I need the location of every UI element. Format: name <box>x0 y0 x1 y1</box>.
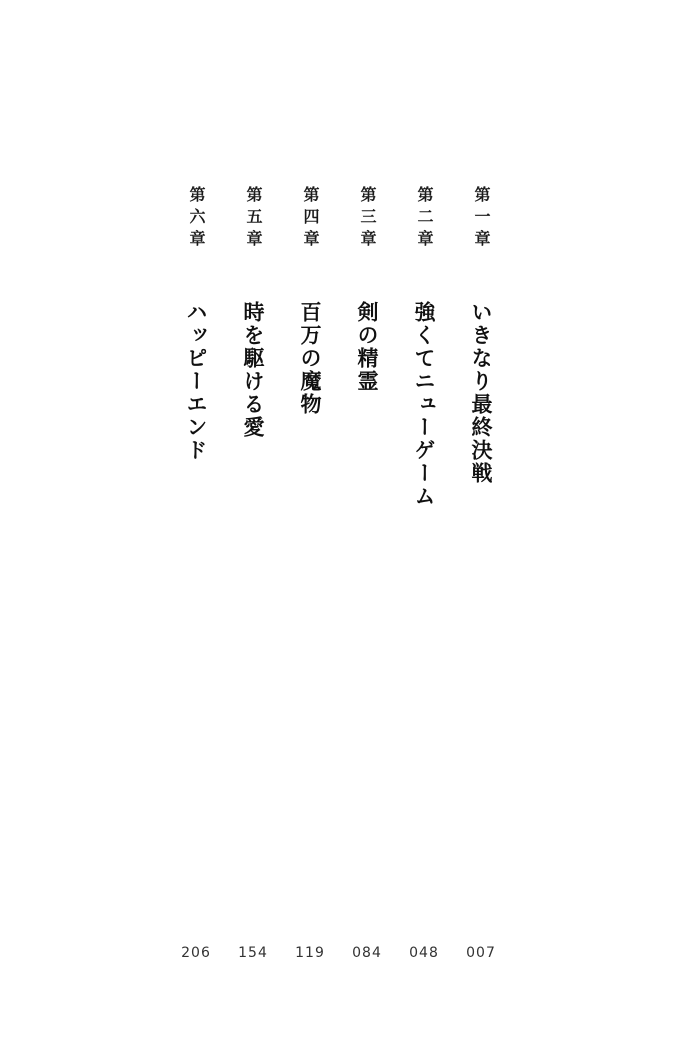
chapter-title[interactable]: 剣の精霊 <box>347 301 387 393</box>
chapter-label: 第四章 <box>290 186 330 252</box>
toc-entry-chapter-6[interactable]: 第六章 ハッピーエンド 206 <box>176 0 216 1050</box>
chapter-label: 第五章 <box>233 186 273 252</box>
table-of-contents: 第一章 いきなり最終決戦 007 第二章 強くてニューゲーム 048 第三章 剣… <box>0 0 693 1050</box>
chapter-title[interactable]: 百万の魔物 <box>290 301 330 416</box>
chapter-title[interactable]: いきなり最終決戦 <box>461 301 501 485</box>
page-number: 084 <box>337 945 397 961</box>
page-number: 154 <box>223 945 283 961</box>
page-number: 048 <box>394 945 454 961</box>
chapter-label: 第六章 <box>176 186 216 252</box>
chapter-label: 第三章 <box>347 186 387 252</box>
toc-entry-chapter-3[interactable]: 第三章 剣の精霊 084 <box>347 0 387 1050</box>
chapter-title[interactable]: ハッピーエンド <box>176 301 216 462</box>
chapter-title[interactable]: 時を駆ける愛 <box>233 301 273 439</box>
page-number: 007 <box>451 945 511 961</box>
chapter-title[interactable]: 強くてニューゲーム <box>404 301 444 508</box>
page-number: 206 <box>166 945 226 961</box>
toc-entry-chapter-4[interactable]: 第四章 百万の魔物 119 <box>290 0 330 1050</box>
toc-entry-chapter-1[interactable]: 第一章 いきなり最終決戦 007 <box>461 0 501 1050</box>
chapter-label: 第二章 <box>404 186 444 252</box>
chapter-label: 第一章 <box>461 186 501 252</box>
toc-entry-chapter-2[interactable]: 第二章 強くてニューゲーム 048 <box>404 0 444 1050</box>
page-number: 119 <box>280 945 340 961</box>
toc-entry-chapter-5[interactable]: 第五章 時を駆ける愛 154 <box>233 0 273 1050</box>
